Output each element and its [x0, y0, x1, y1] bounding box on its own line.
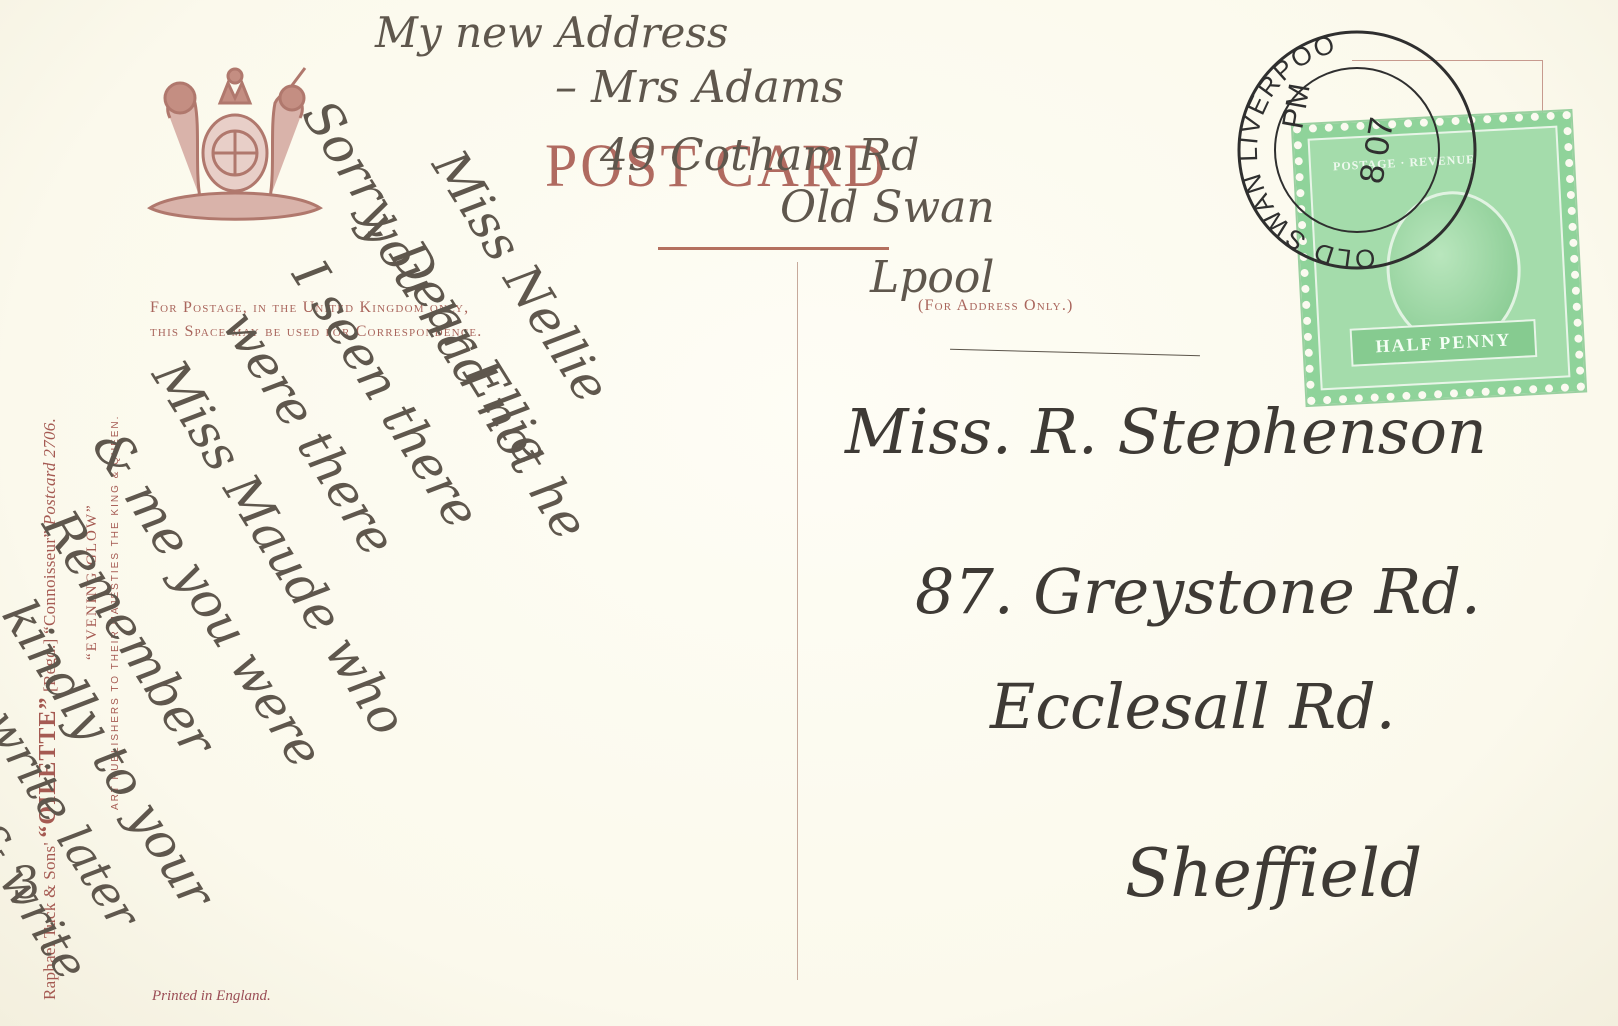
postcard: Raphael Tuck & Sons' “OILETTE” [Regd.] “…	[0, 0, 1618, 1026]
postcard-number: Postcard 2706.	[40, 418, 59, 525]
addressee-street: 87. Greystone Rd.	[915, 555, 1481, 628]
addressee-city: Sheffield	[1125, 835, 1422, 912]
handwriting-header-line2: – Mrs Adams	[555, 62, 844, 113]
addressee-district: Ecclesall Rd.	[990, 670, 1395, 743]
postmark-icon: OLD SWAN LIVERPOOL PM 8 07	[1232, 25, 1482, 275]
printed-in-england: Printed in England.	[152, 988, 271, 1005]
addressee-name: Miss. R. Stephenson	[845, 395, 1487, 468]
stamp-denomination: HALF PENNY	[1350, 319, 1538, 367]
address-rule	[950, 349, 1200, 357]
royal-coat-of-arms-icon	[140, 58, 330, 228]
postmark-time: PM	[1276, 81, 1316, 131]
center-divider	[797, 262, 798, 980]
handwriting-header-line5: Lpool	[870, 252, 994, 303]
margin-number: 3	[12, 858, 40, 909]
handwriting-header-line1: My new Address	[375, 8, 728, 57]
svg-text:OLD SWAN LIVERPOOL: OLD SWAN LIVERPOOL	[1189, 27, 1381, 307]
title-underline	[658, 247, 889, 250]
postmark-date: 8 07	[1352, 115, 1401, 187]
handwriting-header-line4: Old Swan	[780, 182, 995, 233]
postmark-ring-text: OLD SWAN LIVERPOOL	[1189, 27, 1381, 307]
handwriting-header-line3: 49 Cotham Rd	[600, 130, 919, 181]
